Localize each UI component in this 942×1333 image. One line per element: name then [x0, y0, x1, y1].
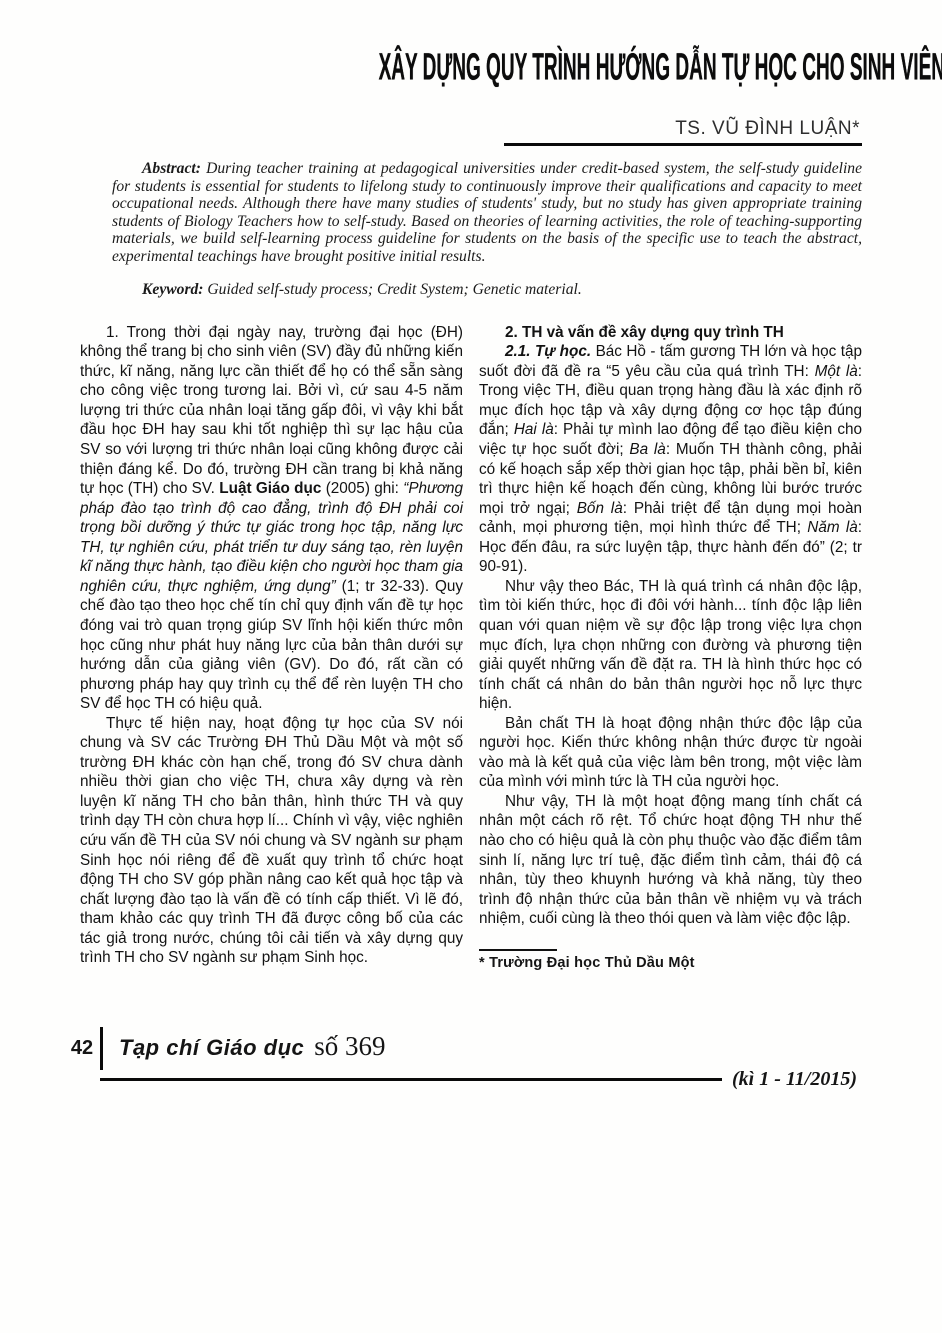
footer-journal-row: 42 Tạp chí Giáo dục số 369	[64, 1027, 862, 1070]
journal-article-page: XÂY DỰNG QUY TRÌNH HƯỚNG DẪN TỰ HỌC CHO …	[0, 0, 942, 1333]
paragraph-self-study-nature: Bản chất TH là hoạt động nhận thức độc l…	[479, 714, 862, 792]
issue-date: (kì 1 - 11/2015)	[732, 1068, 857, 1091]
page-number: 42	[64, 1037, 100, 1060]
author-underline-rule	[504, 143, 862, 146]
journal-issue-number: số 369	[314, 1031, 385, 1062]
author-row: TS. VŨ ĐÌNH LUẬN*	[80, 118, 862, 146]
journal-name: Tạp chí Giáo dục	[119, 1035, 304, 1061]
paragraph-current-state: Thực tế hiện nay, hoạt động tự học của S…	[80, 714, 463, 968]
page-footer: 42 Tạp chí Giáo dục số 369 (kì 1 - 11/20…	[64, 1027, 862, 1091]
footer-horizontal-rule	[100, 1078, 722, 1081]
right-column: 2. TH và vấn đề xây dựng quy trình TH 2.…	[479, 323, 862, 1017]
section-2-heading: 2. TH và vấn đề xây dựng quy trình TH	[479, 323, 862, 343]
left-column: 1. Trong thời đại ngày nay, trường đại h…	[80, 323, 463, 1017]
footer-rule-row: (kì 1 - 11/2015)	[100, 1068, 862, 1091]
paragraph-introduction: 1. Trong thời đại ngày nay, trường đại h…	[80, 323, 463, 714]
two-column-body: 1. Trong thời đại ngày nay, trường đại h…	[80, 323, 862, 1017]
journal-title-box: Tạp chí Giáo dục số 369	[100, 1027, 386, 1070]
title-row: XÂY DỰNG QUY TRÌNH HƯỚNG DẪN TỰ HỌC CHO …	[80, 46, 862, 104]
author-name: TS. VŨ ĐÌNH LUẬN*	[80, 118, 862, 140]
footnote-separator-rule	[479, 949, 557, 951]
footnote-block: * Trường Đại học Thủ Dầu Một	[479, 949, 862, 971]
author-affiliation-footnote: * Trường Đại học Thủ Dầu Một	[479, 955, 862, 971]
paragraph-self-study-definition: 2.1. Tự học. Bác Hồ - tấm gương TH lớn v…	[479, 342, 862, 577]
paragraph-self-study-personal: Như vậy, TH là một hoạt động mang tính c…	[479, 792, 862, 929]
abstract-paragraph: Abstract: During teacher training at ped…	[112, 160, 862, 266]
paragraph-self-study-independence: Như vậy theo Bác, TH là quá trình cá nhâ…	[479, 577, 862, 714]
article-title: XÂY DỰNG QUY TRÌNH HƯỚNG DẪN TỰ HỌC CHO …	[379, 46, 942, 90]
keyword-line: Keyword: Guided self-study process; Cred…	[112, 281, 862, 299]
